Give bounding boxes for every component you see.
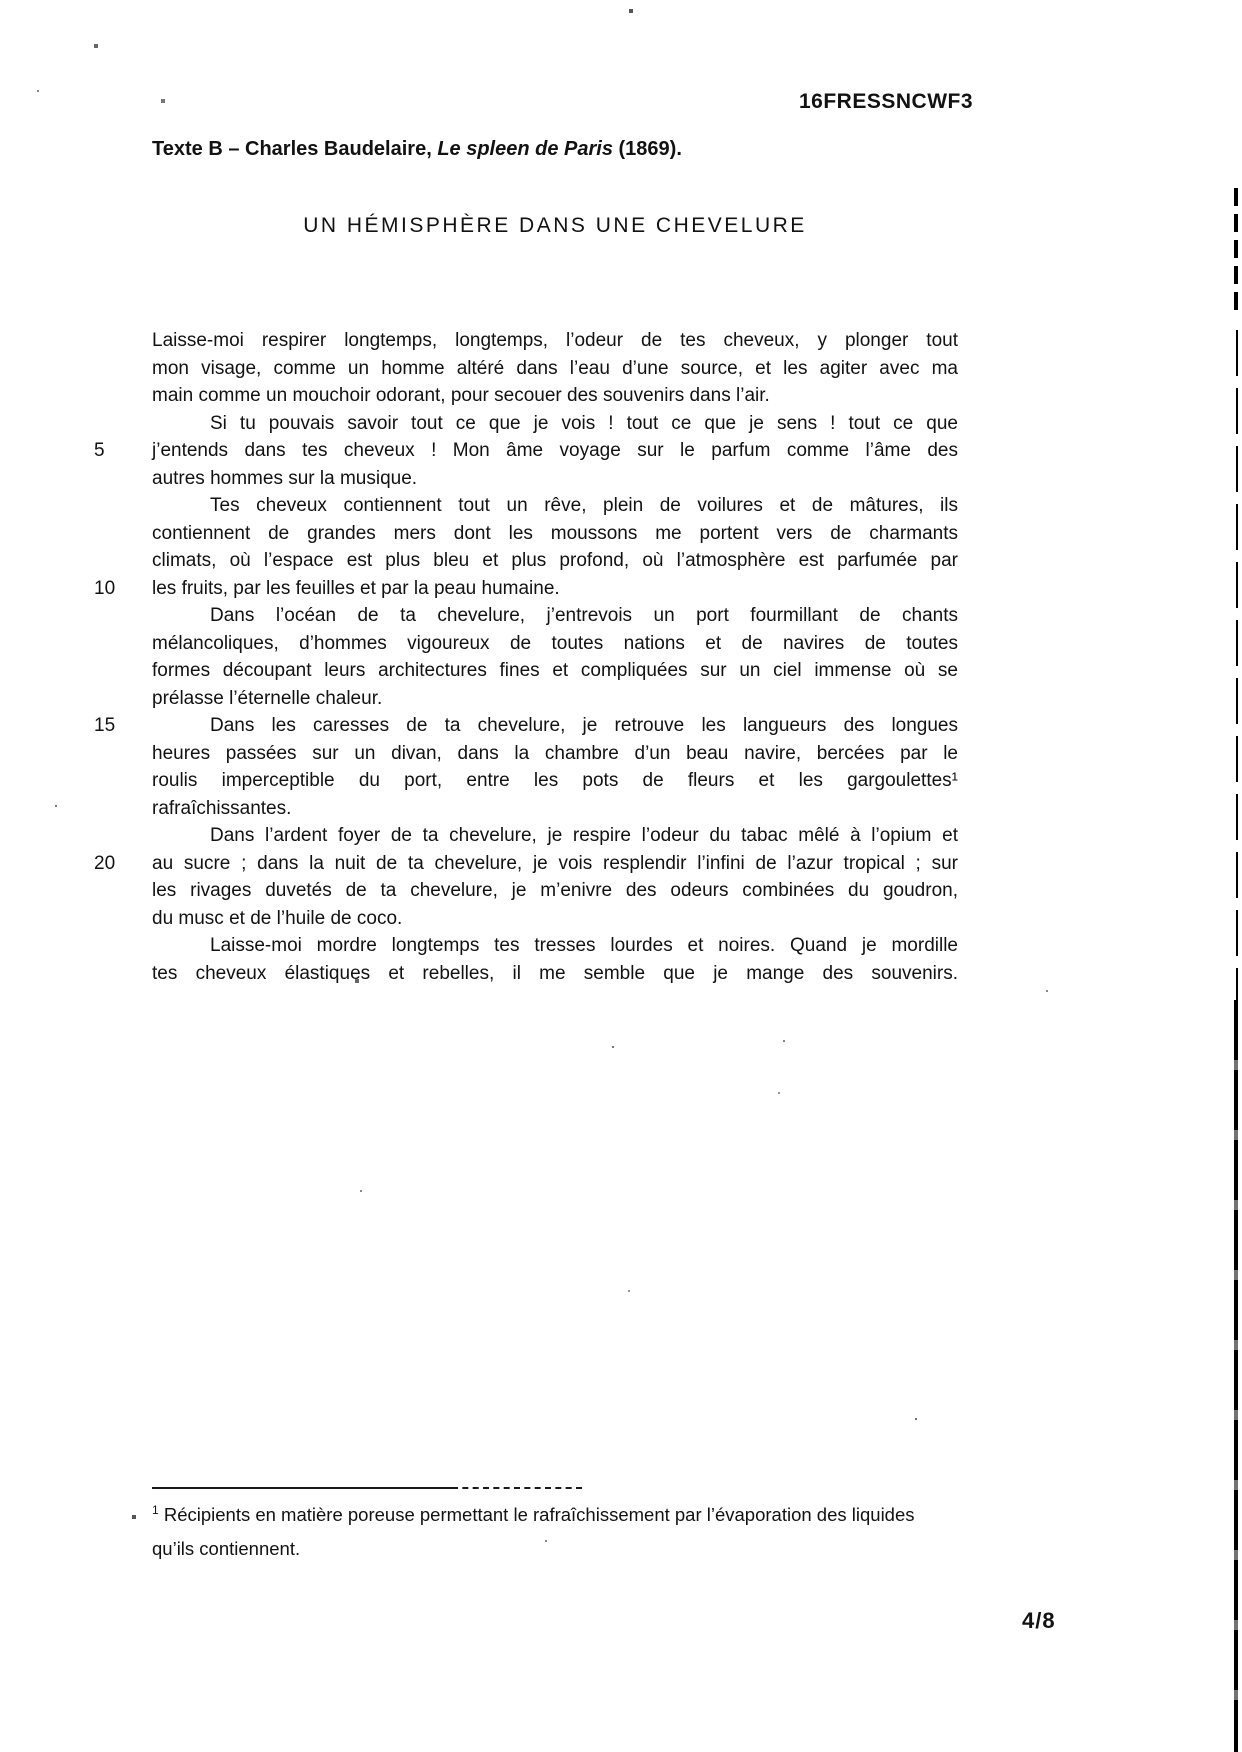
text-line: heures passées sur un divan, dans la cha… <box>152 740 958 768</box>
margin-line-number: 10 <box>94 575 130 603</box>
footnote-body: Récipients en matière poreuse permettant… <box>152 1504 915 1559</box>
text-line: Tes cheveux contiennent tout un rêve, pl… <box>152 492 958 520</box>
text-line: du musc et de l’huile de coco. <box>152 905 958 933</box>
text-line: Laisse-moi respirer longtemps, longtemps… <box>152 327 958 355</box>
text-line: mon visage, comme un homme altéré dans l… <box>152 355 958 383</box>
footnote-divider-dashed <box>452 1487 582 1489</box>
footnote-divider <box>152 1487 952 1490</box>
source-prefix: Texte B – Charles Baudelaire, <box>152 138 437 160</box>
scan-noise-specks <box>0 0 2 2</box>
scan-artifact-line <box>1234 1000 1238 1752</box>
margin-line-number: 5 <box>94 437 130 465</box>
text-line: mélancoliques, d’hommes vigoureux de tou… <box>152 630 958 658</box>
text-line: Dans l’océan de ta chevelure, j’entrevoi… <box>152 602 958 630</box>
text-line: autres hommes sur la musique. <box>152 465 958 493</box>
margin-line-number: 15 <box>94 712 130 740</box>
text-line: roulis imperceptible du port, entre les … <box>152 767 958 795</box>
footnote-marker: 1 <box>152 1503 159 1517</box>
poem-title: UN HÉMISPHÈRE DANS UNE CHEVELURE <box>152 214 958 238</box>
scan-artifact-line <box>1234 188 1238 318</box>
text-line: formes découpant leurs architectures fin… <box>152 657 958 685</box>
text-line: climats, où l’espace est plus bleu et pl… <box>152 547 958 575</box>
exam-reference-code: 16FRESSNCWF3 <box>799 90 973 114</box>
text-line: rafraîchissantes. <box>152 795 958 823</box>
footnote: 1 Récipients en matière poreuse permetta… <box>152 1487 952 1566</box>
page-number: 4/8 <box>1022 1608 1056 1634</box>
scanned-document-page: 16FRESSNCWF3 Texte B – Charles Baudelair… <box>0 0 1242 1752</box>
margin-line-number: 20 <box>94 850 130 878</box>
text-line: Dans l’ardent foyer de ta chevelure, je … <box>152 822 958 850</box>
footnote-divider-solid <box>152 1487 452 1489</box>
text-line: tes cheveux élastiques et rebelles, il m… <box>152 960 958 988</box>
text-line: Si tu pouvais savoir tout ce que je vois… <box>152 410 958 438</box>
source-suffix: (1869). <box>613 138 682 160</box>
body-text: Laisse-moi respirer longtemps, longtemps… <box>152 327 958 987</box>
text-line: Laisse-moi mordre longtemps tes tresses … <box>152 932 958 960</box>
text-line: j’entends dans tes cheveux ! Mon âme voy… <box>152 437 958 465</box>
text-line: prélasse l’éternelle chaleur. <box>152 685 958 713</box>
text-line: contiennent de grandes mers dont les mou… <box>152 520 958 548</box>
text-source-heading: Texte B – Charles Baudelaire, Le spleen … <box>152 138 682 161</box>
footnote-text: 1 Récipients en matière poreuse permetta… <box>152 1498 952 1566</box>
text-line: les fruits, par les feuilles et par la p… <box>152 575 958 603</box>
text-line: au sucre ; dans la nuit de ta chevelure,… <box>152 850 958 878</box>
text-line: Dans les caresses de ta chevelure, je re… <box>152 712 958 740</box>
work-title: Le spleen de Paris <box>437 138 613 160</box>
scan-artifact-line <box>1236 330 1238 1000</box>
text-line: main comme un mouchoir odorant, pour sec… <box>152 382 958 410</box>
text-line: les rivages duvetés de ta chevelure, je … <box>152 877 958 905</box>
